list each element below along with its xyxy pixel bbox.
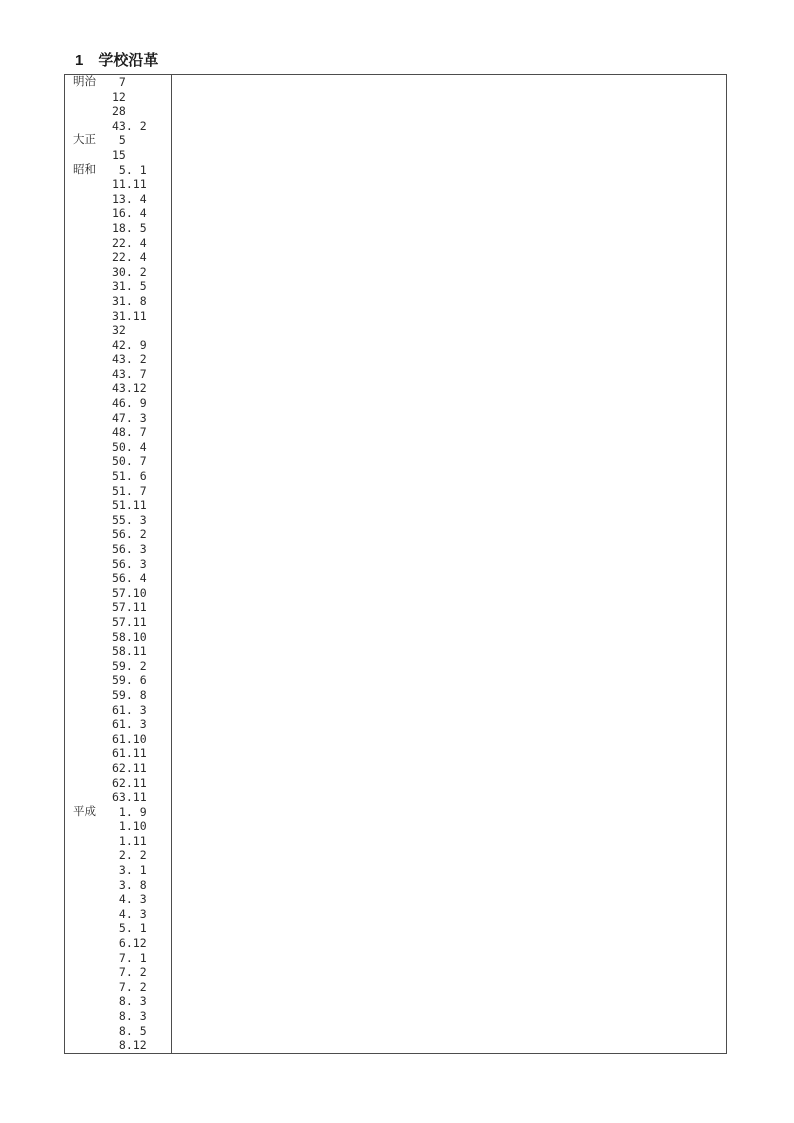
event-cell: 高等科設置 (171, 192, 726, 207)
date-label: 47. 3 (112, 411, 147, 426)
table-row: 48. 7 体育館竣工 (65, 425, 726, 440)
table-row: 50. 7 プール竣工 (65, 454, 726, 469)
event-cell: 教育令改正により大堂津小学校と改称 (171, 90, 726, 105)
table-row: 57.10 アスレチック施設完成 (65, 586, 726, 601)
date-cell: 51. 7 (65, 484, 171, 499)
date-cell: 1.10 (65, 819, 171, 834)
table-row: 大正 5 校舎改築 (65, 133, 726, 148)
era-label (73, 965, 112, 980)
date-label: 7. 2 (112, 980, 147, 995)
event-cell: ＰＴＡ活動優良団体として県ＰＴＡ連協より表彰 (171, 630, 726, 645)
date-cell: 31. 5 (65, 279, 171, 294)
event-cell: 東門建立 (171, 600, 726, 615)
date-cell: 56. 3 (65, 542, 171, 557)
date-cell: 13. 4 (65, 192, 171, 207)
date-label: 18. 5 (112, 221, 147, 236)
date-cell: 61.10 (65, 732, 171, 747)
date-cell: 4. 3 (65, 892, 171, 907)
event-cell: 運動場全面改修 (171, 805, 726, 820)
date-cell: 51.11 (65, 498, 171, 513)
date-cell: 50. 7 (65, 454, 171, 469)
date-label: 46. 9 (112, 396, 147, 411)
date-label: 3. 1 (112, 863, 147, 878)
event-cell: 校舎の耐力度調査開始 (171, 936, 726, 951)
date-label: 57.11 (112, 600, 147, 615)
date-cell: 43. 7 (65, 367, 171, 382)
table-row: 43.12 給食調理室(72.0m²) 便所（28.0m²）管理棟平屋建鉄骨新築… (65, 381, 726, 396)
event-cell: 「学校給食運営とその指導」について文部大臣より表彰 (171, 732, 726, 747)
date-label: 51. 7 (112, 484, 147, 499)
table-row: 61. 3 巣立ちの像建立 (65, 717, 726, 732)
era-label (73, 1009, 112, 1024)
date-cell: 57.11 (65, 600, 171, 615)
date-label: 4. 3 (112, 892, 147, 907)
era-label (73, 367, 112, 382)
date-cell: 11.11 (65, 177, 171, 192)
era-label (73, 790, 112, 805)
event-cell: 国民学校令により細田町立大堂津国民学校と改称 (171, 206, 726, 221)
event-cell: 危険校舎改築工事９月１３日着工（相互建設ＫＫ） (171, 338, 726, 353)
event-cell: 県・市指定研究公開（豊かな心と、たくましい体を培う健康教育） (171, 761, 726, 776)
date-cell: 32 (65, 323, 171, 338)
table-row: 63.11 「昭和63年度・宮崎県健康優良学校」として県教委より表彰 (65, 790, 726, 805)
date-label: 12 (112, 90, 126, 105)
era-label (73, 352, 112, 367)
event-cell: 県・市指定研究公開（行動化をめざす安全教育） (171, 498, 726, 513)
era-label (73, 907, 112, 922)
date-cell: 22. 4 (65, 236, 171, 251)
date-label: 3. 8 (112, 878, 147, 893)
date-label: 43. 7 (112, 367, 147, 382)
date-cell: 6.12 (65, 936, 171, 951)
date-label: 31.11 (112, 309, 147, 324)
date-cell: 55. 3 (65, 513, 171, 528)
date-label: 6.12 (112, 936, 147, 951)
era-label (73, 192, 112, 207)
era-label (73, 279, 112, 294)
date-cell: 8. 3 (65, 994, 171, 1009)
table-row: 58.11 学校給食優良校として県教委より表彰 (65, 644, 726, 659)
era-label (73, 440, 112, 455)
event-cell: 第２期工事７月２５日着工（高岡建設ＫＫ） (171, 367, 726, 382)
event-cell: 新校舎完成 (171, 994, 726, 1009)
table-row: 昭和 5. 1 運動場拡張工事完了 (65, 163, 726, 178)
era-label (73, 513, 112, 528)
table-row: 62.11 県・市指定研究公開（豊かな心と、たくましい体を培う健康教育） (65, 761, 726, 776)
era-label (73, 177, 112, 192)
event-cell: 屋外放送室設置（寄付） (171, 819, 726, 834)
date-label: 7. 1 (112, 951, 147, 966)
date-cell: 59. 8 (65, 688, 171, 703)
event-cell: 学校給食優良校として県教委より表彰 (171, 644, 726, 659)
era-label (73, 557, 112, 572)
event-cell: 寺子屋教育開始、翌年学校を新築 (171, 75, 726, 90)
table-row: 42. 9 危険校舎改築工事９月１３日着工（相互建設ＫＫ） (65, 338, 726, 353)
date-cell: 43. 2 (65, 352, 171, 367)
date-label: 15 (112, 148, 126, 163)
date-label: 7 (112, 75, 126, 90)
date-cell: 4. 3 (65, 907, 171, 922)
era-label (73, 411, 112, 426)
date-label: 8. 3 (112, 994, 147, 1009)
table-row: 31.11 学校林植樹作業完了 (65, 309, 726, 324)
event-cell: 白蟻被害多きため校舎改築 (171, 148, 726, 163)
event-cell: 放送機器購入（ＰＴＡ） (171, 396, 726, 411)
era-label (73, 381, 112, 396)
era-label (73, 104, 112, 119)
era-label (73, 659, 112, 674)
date-cell: 56. 4 (65, 571, 171, 586)
date-label: 1. 9 (112, 805, 147, 820)
date-label: 5 (112, 133, 126, 148)
era-label: 昭和 (73, 163, 112, 178)
date-label: 1.10 (112, 819, 147, 834)
event-cell: 特別教室（図工・家庭）竣工 (171, 659, 726, 674)
date-cell: 2. 2 (65, 848, 171, 863)
date-cell: 昭和 5. 1 (65, 163, 171, 178)
era-label (73, 936, 112, 951)
table-row: 59. 6 一輪車２０台購入（ＰＴＡ）５８年、７月に続いて２回目 (65, 673, 726, 688)
table-row: 56. 3 創立百周年記念行事、記念碑建立（カプセル埋設） (65, 542, 726, 557)
table-row: 55. 3 南校舎屋根、渡り廊下改修 (65, 513, 726, 528)
event-cell: パーソナルコンピュータ設置 (171, 980, 726, 995)
table-row: 56. 4 「学校給食」県・市指定研究 (65, 571, 726, 586)
date-label: 58.11 (112, 644, 147, 659)
era-label (73, 221, 112, 236)
table-row: 59. 2 特別教室（図工・家庭）竣工 (65, 659, 726, 674)
table-row: 11.11 運動場拡張及び校舎増築（普８、特別２） (65, 177, 726, 192)
table-row: 62.11 「昭和62年度・宮崎県健康優良学校」として県教委より表彰 (65, 776, 726, 791)
table-row: 43. 2 鉄2階建普通教室10教室(1,121m²・2,473万6,700円)… (65, 352, 726, 367)
event-cell: 運動場東側側溝完成 (171, 484, 726, 499)
date-label: 56. 2 (112, 527, 147, 542)
era-label (73, 527, 112, 542)
table-row: 58.10 ＰＴＡ活動優良団体として県ＰＴＡ連協より表彰 (65, 630, 726, 645)
date-label: 22. 4 (112, 250, 147, 265)
table-row: 明治 7 寺子屋教育開始、翌年学校を新築 (65, 75, 726, 90)
table-row: 18. 5 校舎増築 (65, 221, 726, 236)
table-row: 12 教育令改正により大堂津小学校と改称 (65, 90, 726, 105)
date-cell: 28 (65, 104, 171, 119)
date-cell: 62.11 (65, 776, 171, 791)
era-label (73, 250, 112, 265)
table-row: 30. 2 町村合併により「日南市立大堂津小学校」と改称 (65, 265, 726, 280)
era-label (73, 717, 112, 732)
date-cell: 62.11 (65, 761, 171, 776)
era-label (73, 673, 112, 688)
event-cell: 生活科用菜園の設置 (171, 878, 726, 893)
date-label: 22. 4 (112, 236, 147, 251)
date-cell: 56. 2 (65, 527, 171, 542)
date-label: 55. 3 (112, 513, 147, 528)
table-row: 8. 5 校舎落成式 (65, 1024, 726, 1039)
event-cell: プール竣工 (171, 454, 726, 469)
date-cell: 12 (65, 90, 171, 105)
date-cell: 8.12 (65, 1038, 171, 1053)
table-row: 5. 1 グランドピアノ１台（市費） (65, 921, 726, 936)
date-label: 43. 2 (112, 352, 147, 367)
date-label: 61. 3 (112, 703, 147, 718)
era-label (73, 892, 112, 907)
date-cell: 51. 6 (65, 469, 171, 484)
event-cell: 一輪車２０台購入（ＰＴＡ）５８年、７月に続いて２回目 (171, 673, 726, 688)
date-label: 58.10 (112, 630, 147, 645)
era-label (73, 484, 112, 499)
table-row: 7. 2 校舎敷地内ボーリング調査 (65, 965, 726, 980)
table-row: 22. 4 細田町立大堂津小学校と改称 (65, 250, 726, 265)
date-cell: 大正 5 (65, 133, 171, 148)
table-row: 43. 7 第２期工事７月２５日着工（高岡建設ＫＫ） (65, 367, 726, 382)
event-cell: 南校舎屋根、渡り廊下改修 (171, 513, 726, 528)
date-label: 48. 7 (112, 425, 147, 440)
era-label (73, 761, 112, 776)
era-label (73, 819, 112, 834)
event-cell: アスレチック施設完成 (171, 586, 726, 601)
date-cell: 63.11 (65, 790, 171, 805)
date-label: 13. 4 (112, 192, 147, 207)
event-cell: 校舎敷地内ボーリング調査 (171, 965, 726, 980)
era-label (73, 951, 112, 966)
table-row: 47. 3 運動場放送室設備（ＰＴＡ） (65, 411, 726, 426)
date-cell: 61. 3 (65, 717, 171, 732)
date-cell: 7. 2 (65, 965, 171, 980)
event-cell: 給食調理室(72.0m²) 便所（28.0m²）管理棟平屋建鉄骨新築(6.301… (171, 381, 726, 396)
table-row: 59. 8 第１号棟全面改修、第２号棟屋根塗装、第３号棟屋根床、南側窓の改修 (65, 688, 726, 703)
event-cell: 体育館竣工 (171, 425, 726, 440)
date-label: 2. 2 (112, 848, 147, 863)
date-label: 11.11 (112, 177, 147, 192)
event-cell: 校舎改築 (171, 104, 726, 119)
era-label (73, 425, 112, 440)
era-label (73, 980, 112, 995)
date-label: 56. 3 (112, 557, 147, 572)
table-row: 46. 9 放送機器購入（ＰＴＡ） (65, 396, 726, 411)
date-cell: 18. 5 (65, 221, 171, 236)
event-cell: 県・市指定研究公開（豊かな人間性を育てるための学校給食） (171, 615, 726, 630)
date-label: 63.11 (112, 790, 147, 805)
table-row: 50. 4 児童減により３年は１学級編成となる (65, 440, 726, 455)
date-label: 51. 6 (112, 469, 147, 484)
era-label (73, 469, 112, 484)
table-row: 28 校舎改築 (65, 104, 726, 119)
date-label: 31. 8 (112, 294, 147, 309)
era-label (73, 206, 112, 221)
date-label: 8. 3 (112, 1009, 147, 1024)
table-row: 61.10 「学校給食運営とその指導」について文部大臣より表彰 (65, 732, 726, 747)
era-label (73, 338, 112, 353)
date-label: 59. 8 (112, 688, 147, 703)
date-cell: 56. 3 (65, 557, 171, 572)
era-label (73, 732, 112, 747)
table-row: 13. 4 高等科設置 (65, 192, 726, 207)
event-cell: 社会教育功労者優良団体表彰（大堂津小学校ＰＴＡ） (171, 848, 726, 863)
era-label (73, 703, 112, 718)
era-label (73, 644, 112, 659)
table-row: 51. 6 交通公園竣工 (65, 469, 726, 484)
era-label (73, 294, 112, 309)
event-cell: 創立記念日を３月１日と制定 (171, 557, 726, 572)
era-label (73, 600, 112, 615)
era-label (73, 834, 112, 849)
date-cell: 42. 9 (65, 338, 171, 353)
table-row: 1.11 宮崎県代表健康優良学校として朝日新聞社より表彰 (65, 834, 726, 849)
era-label (73, 688, 112, 703)
era-label (73, 323, 112, 338)
date-label: 61. 3 (112, 717, 147, 732)
date-cell: 43.12 (65, 381, 171, 396)
event-cell: 鉄2階建普通教室10教室(1,121m²・2,473万6,700円) 2月20日… (171, 352, 726, 367)
table-row: 7. 1 プールろ過装置設置 (65, 951, 726, 966)
date-label: 42. 9 (112, 338, 147, 353)
date-label: 61.11 (112, 746, 147, 761)
era-label (73, 148, 112, 163)
date-cell: 30. 2 (65, 265, 171, 280)
date-cell: 平成 1. 9 (65, 805, 171, 820)
event-cell: 給食室の全面改築 (171, 863, 726, 878)
date-cell: 61. 3 (65, 703, 171, 718)
era-label (73, 586, 112, 601)
table-row: 3. 1 給食室の全面改築 (65, 863, 726, 878)
date-cell: 31. 8 (65, 294, 171, 309)
event-cell: 「昭和62年度・宮崎県健康優良学校」として県教委より表彰 (171, 776, 726, 791)
table-row: 51.11 県・市指定研究公開（行動化をめざす安全教育） (65, 498, 726, 513)
era-label (73, 776, 112, 791)
table-row: 56. 2 体育館ステージ竣工 (65, 527, 726, 542)
date-cell: 58.11 (65, 644, 171, 659)
date-cell: 16. 4 (65, 206, 171, 221)
date-label: 50. 7 (112, 454, 147, 469)
date-label: 51.11 (112, 498, 147, 513)
event-cell: 新制中学校誕生により高等科廃止 (171, 236, 726, 251)
date-label: 57.11 (112, 615, 147, 630)
table-row: 31. 8 第１号棟鉄筋校舎（南棟）３教室竣工 (65, 294, 726, 309)
date-cell: 47. 3 (65, 411, 171, 426)
event-cell: 「学校給食」県・市指定研究 (171, 571, 726, 586)
date-cell: 5. 1 (65, 921, 171, 936)
event-cell: 運動場放送室設備（ＰＴＡ） (171, 411, 726, 426)
event-cell: 図書の寄贈（加力美智子氏及び竹の会） (171, 907, 726, 922)
era-label (73, 921, 112, 936)
table-row: 7. 2 パーソナルコンピュータ設置 (65, 980, 726, 995)
event-cell: 第１号棟全面改修、第２号棟屋根塗装、第３号棟屋根床、南側窓の改修 (171, 688, 726, 703)
table-row: 6.12 校舎の耐力度調査開始 (65, 936, 726, 951)
era-label (73, 994, 112, 1009)
era-label (73, 542, 112, 557)
table-row: 43. 2 現在地に移転 (65, 119, 726, 134)
date-label: 30. 2 (112, 265, 147, 280)
table-row: 8.12 日時計除幕式 (65, 1038, 726, 1053)
era-label (73, 454, 112, 469)
event-cell: 校舎落成式 (171, 1024, 726, 1039)
date-cell: 59. 6 (65, 673, 171, 688)
date-cell: 59. 2 (65, 659, 171, 674)
date-cell: 3. 8 (65, 878, 171, 893)
document-page: { "page": { "title": "1 学校沿革" }, "table"… (0, 0, 794, 1123)
era-label: 大正 (73, 133, 112, 148)
table-row: 56. 3 創立記念日を３月１日と制定 (65, 557, 726, 572)
date-cell: 7. 1 (65, 951, 171, 966)
date-label: 5. 1 (112, 163, 147, 178)
event-cell: 町村合併により「日南市立大堂津小学校」と改称 (171, 265, 726, 280)
date-cell: 15 (65, 148, 171, 163)
date-label: 4. 3 (112, 907, 147, 922)
date-cell: 1.11 (65, 834, 171, 849)
event-cell: 第１号棟鉄筋校舎（南棟）３教室竣工 (171, 294, 726, 309)
event-cell: 交通公園竣工 (171, 469, 726, 484)
date-label: 43. 2 (112, 119, 147, 134)
event-cell: 校舎増築 (171, 221, 726, 236)
era-label (73, 265, 112, 280)
era-label: 平成 (73, 805, 112, 820)
date-cell: 58.10 (65, 630, 171, 645)
era-label (73, 571, 112, 586)
date-cell: 57.10 (65, 586, 171, 601)
table-row: 22. 4 新制中学校誕生により高等科廃止 (65, 236, 726, 251)
table-row: 57.11 県・市指定研究公開（豊かな人間性を育てるための学校給食） (65, 615, 726, 630)
event-cell: グランドピアノ１台（市費） (171, 921, 726, 936)
era-label (73, 1024, 112, 1039)
table-row: 4. 3 図書の寄贈（加力美智子氏及び竹の会） (65, 907, 726, 922)
date-label: 62.11 (112, 776, 147, 791)
date-label: 57.10 (112, 586, 147, 601)
era-label (73, 746, 112, 761)
date-label: 59. 6 (112, 673, 147, 688)
date-cell: 22. 4 (65, 250, 171, 265)
table-row: 4. 3 体育館ステージ用緞帳の寄贈（松岡義幸氏） (65, 892, 726, 907)
table-row: 2. 2 社会教育功労者優良団体表彰（大堂津小学校ＰＴＡ） (65, 848, 726, 863)
page-title: 1 学校沿革 (75, 49, 158, 70)
era-label (73, 498, 112, 513)
date-label: 61.10 (112, 732, 147, 747)
era-label: 明治 (73, 75, 112, 90)
era-label (73, 878, 112, 893)
date-cell: 46. 9 (65, 396, 171, 411)
event-cell: 運動場拡張工事完了 (171, 163, 726, 178)
era-label (73, 309, 112, 324)
event-cell: 巣立ちの像建立 (171, 717, 726, 732)
table-row: 平成 1. 9 運動場全面改修 (65, 805, 726, 820)
event-cell: 体育館ステージ用緞帳の寄贈（松岡義幸氏） (171, 892, 726, 907)
date-cell: 43. 2 (65, 119, 171, 134)
event-cell: 体育館ステージ竣工 (171, 527, 726, 542)
date-label: 28 (112, 104, 126, 119)
event-cell: 宮崎県代表健康優良学校として朝日新聞社より表彰 (171, 834, 726, 849)
date-cell: 7. 2 (65, 980, 171, 995)
era-label (73, 863, 112, 878)
event-cell: 現在地に移転 (171, 119, 726, 134)
date-label: 50. 4 (112, 440, 147, 455)
school-history-table: 明治 7 寺子屋教育開始、翌年学校を新築 12 教育令改正により大堂津小学校と改… (64, 74, 727, 1054)
date-cell: 48. 7 (65, 425, 171, 440)
era-label (73, 615, 112, 630)
table-row: 8. 3 新校舎完成 (65, 994, 726, 1009)
date-cell: 57.11 (65, 615, 171, 630)
date-label: 56. 3 (112, 542, 147, 557)
event-cell: 児童減により３年は１学級編成となる (171, 440, 726, 455)
date-cell: 50. 4 (65, 440, 171, 455)
event-cell: 細田町立大堂津小学校と改称 (171, 250, 726, 265)
era-label (73, 630, 112, 645)
event-cell: 学校林植樹作業完了 (171, 309, 726, 324)
date-cell: 3. 1 (65, 863, 171, 878)
era-label (73, 848, 112, 863)
era-label (73, 1038, 112, 1053)
table-row: 51. 7 運動場東側側溝完成 (65, 484, 726, 499)
era-label (73, 236, 112, 251)
date-label: 1.11 (112, 834, 147, 849)
table-row: 61. 3 国旗掲揚台改修 (65, 703, 726, 718)
table-row: 3. 8 生活科用菜園の設置 (65, 878, 726, 893)
